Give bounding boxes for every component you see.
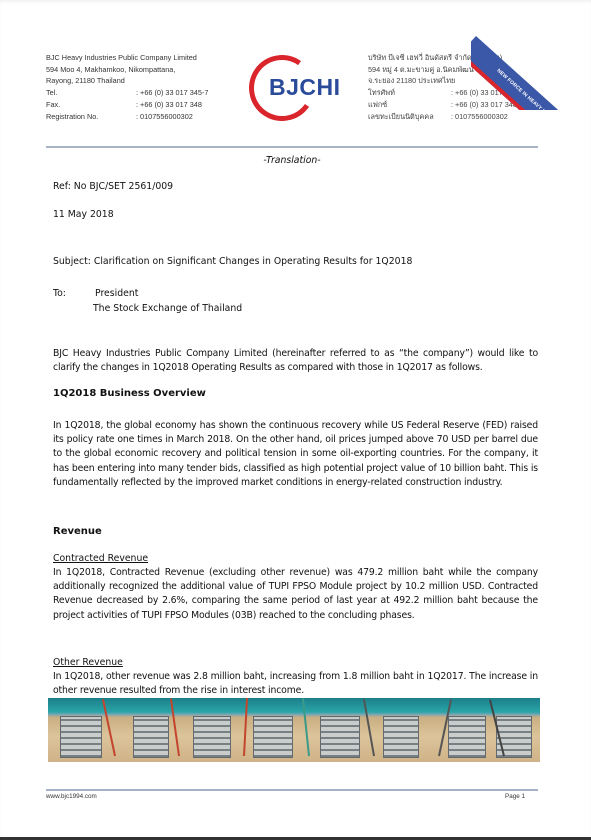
- subheading-contracted-revenue: Contracted Revenue: [53, 553, 148, 564]
- company-name: BJC Heavy Industries Public Company Limi…: [46, 52, 208, 64]
- registration-row-thai: เลขทะเบียนนิติบุคคล : 0107556000302: [368, 111, 523, 123]
- fax-label: Fax.: [46, 99, 136, 111]
- registration-value: : 0107556000302: [136, 111, 193, 123]
- tel-row: Tel. : +66 (0) 33 017 345-7: [46, 87, 208, 99]
- logo-text: BJCHI: [269, 74, 341, 101]
- recipient-block: To: President The Stock Exchange of Thai…: [53, 286, 242, 316]
- corner-ribbon: NEW FORCE IN HEAVY INDUSTRIES: [471, 0, 591, 110]
- translation-label: -Translation-: [46, 155, 538, 166]
- fax-label-thai: แฟกซ์: [368, 99, 451, 111]
- registration-label: Registration No.: [46, 111, 136, 123]
- registration-value-thai: : 0107556000302: [451, 111, 508, 123]
- reference-number: Ref: No BJC/SET 2561/009: [53, 181, 173, 192]
- fax-row: Fax. : +66 (0) 33 017 348: [46, 99, 208, 111]
- fax-value: : +66 (0) 33 017 348: [136, 99, 202, 111]
- registration-label-thai: เลขทะเบียนนิติบุคคล: [368, 111, 451, 123]
- tel-label: Tel.: [46, 87, 136, 99]
- module-image: [60, 716, 102, 758]
- registration-row: Registration No. : 0107556000302: [46, 111, 208, 123]
- footer-website: www.bjc1994.com: [46, 793, 97, 800]
- address-line-1: 594 Moo 4, Makhamkoo, Nikompattana,: [46, 64, 208, 76]
- tel-value: : +66 (0) 33 017 345-7: [136, 87, 208, 99]
- module-image: [448, 716, 486, 758]
- footer-divider: [46, 789, 538, 791]
- module-image: [320, 716, 360, 758]
- footer-page-number: Page 1: [505, 793, 525, 800]
- module-image: [133, 716, 169, 758]
- document-page: BJC Heavy Industries Public Company Limi…: [0, 0, 591, 837]
- module-image: [253, 716, 293, 758]
- other-revenue-paragraph: In 1Q2018, other revenue was 2.8 million…: [53, 670, 538, 698]
- recipient-organization: The Stock Exchange of Thailand: [53, 301, 242, 316]
- to-label: To:: [53, 286, 95, 301]
- letter-date: 11 May 2018: [53, 209, 114, 220]
- crane-image: [363, 699, 375, 756]
- recipient-title: President: [95, 286, 138, 301]
- bjchi-logo: BJCHI: [249, 55, 369, 125]
- intro-paragraph: BJC Heavy Industries Public Company Limi…: [53, 347, 538, 375]
- ribbon-band: NEW FORCE IN HEAVY INDUSTRIES: [471, 36, 591, 110]
- address-line-2: Rayong, 21180 Thailand: [46, 75, 208, 87]
- ribbon-text: NEW FORCE IN HEAVY INDUSTRIES: [495, 68, 568, 110]
- header-divider: [46, 146, 538, 148]
- crane-image: [302, 698, 310, 756]
- business-overview-paragraph: In 1Q2018, the global economy has shown …: [53, 419, 538, 490]
- crane-image: [170, 698, 180, 756]
- crane-image: [102, 699, 116, 756]
- tel-label-thai: โทรศัพท์: [368, 87, 451, 99]
- letterhead-english: BJC Heavy Industries Public Company Limi…: [46, 52, 208, 122]
- section-heading-business-overview: 1Q2018 Business Overview: [53, 388, 206, 399]
- fabrication-yard-photo: [48, 698, 540, 762]
- crane-image: [243, 698, 248, 756]
- module-image: [193, 716, 231, 758]
- subheading-other-revenue: Other Revenue: [53, 657, 123, 668]
- contracted-revenue-paragraph: In 1Q2018, Contracted Revenue (excluding…: [53, 566, 538, 623]
- subject-line: Subject: Clarification on Significant Ch…: [53, 256, 412, 267]
- module-image: [383, 716, 419, 758]
- section-heading-revenue: Revenue: [53, 526, 102, 537]
